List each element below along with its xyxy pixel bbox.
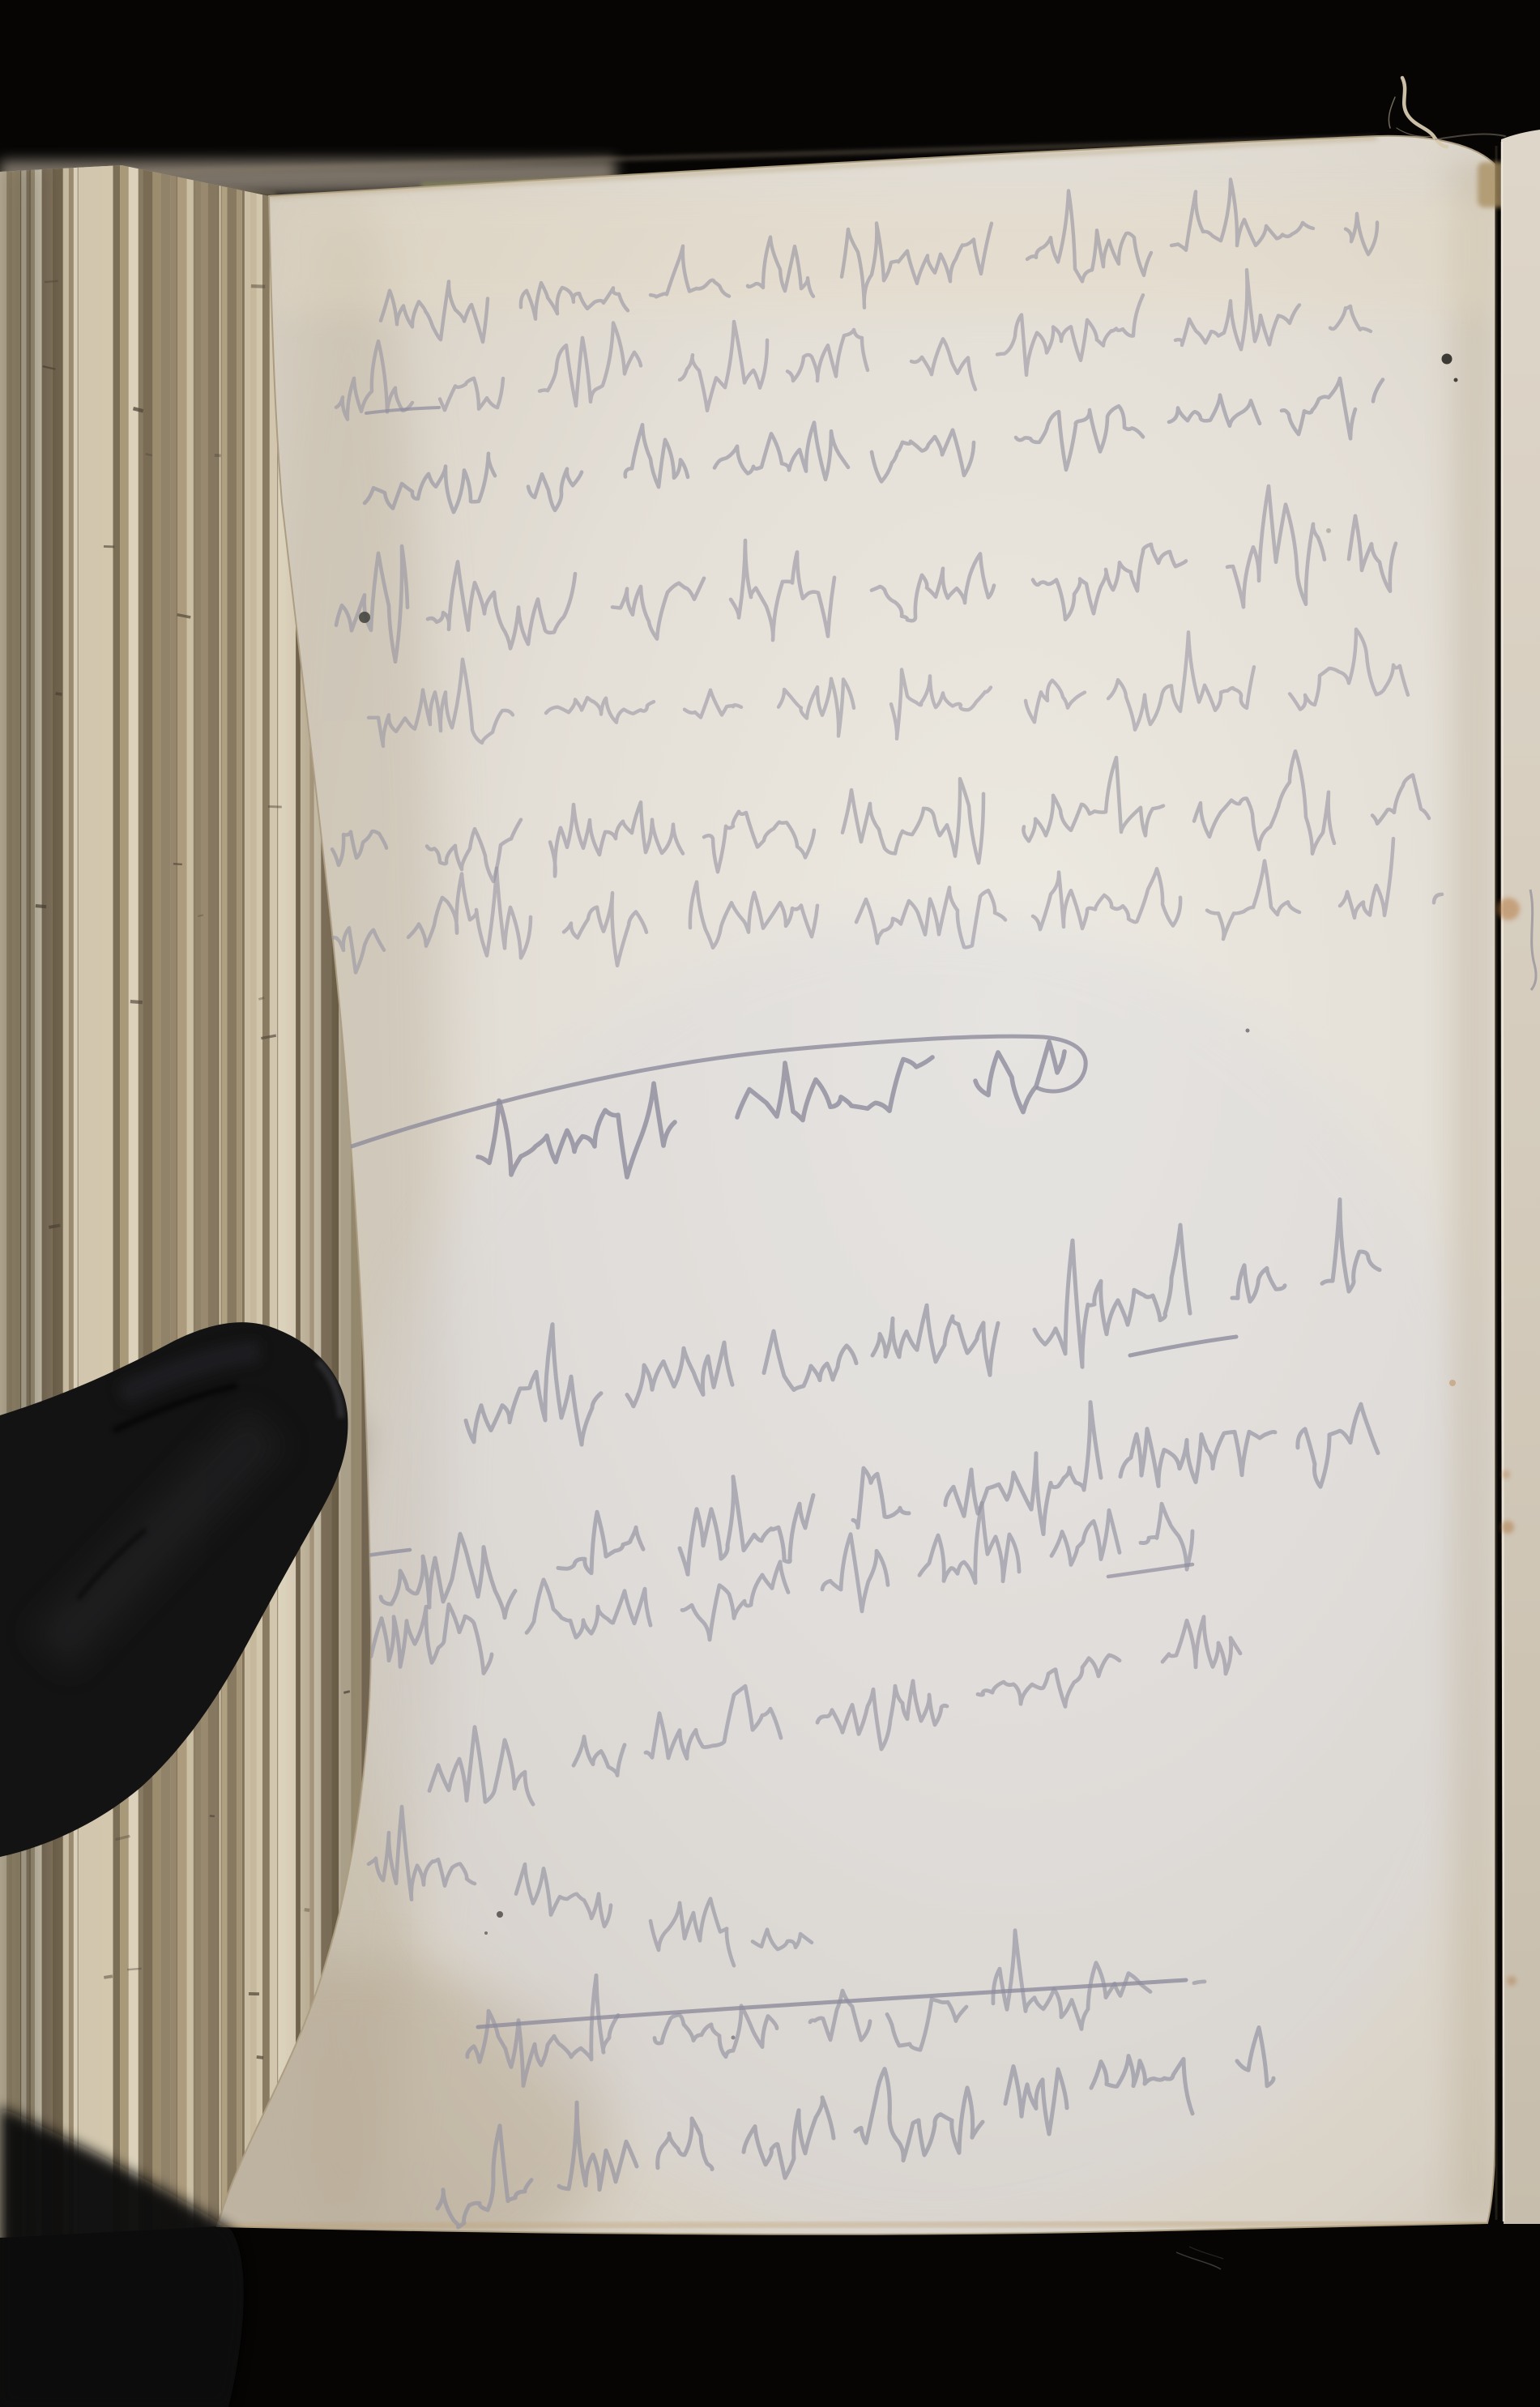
foxing-spot	[1502, 1470, 1510, 1479]
fore-edge-stripe	[222, 154, 228, 2252]
page-speck	[1246, 1029, 1250, 1033]
page-speck	[497, 1911, 503, 1918]
fore-edge-stripe	[257, 154, 262, 2252]
page-speck	[1326, 528, 1331, 533]
photo-canvas	[0, 0, 1540, 2407]
facing-page	[1501, 130, 1540, 2224]
fore-edge-stripe	[139, 154, 143, 2252]
fore-edge-stripe	[120, 154, 129, 2252]
page-speck	[484, 1931, 488, 1935]
fore-edge-stripe	[113, 154, 121, 2252]
foxing-spot	[1497, 898, 1520, 920]
fore-edge-stripe	[177, 154, 187, 2252]
fore-edge-stripe	[102, 154, 113, 2252]
fore-edge-stripe	[245, 154, 250, 2252]
fore-edge-stripe	[208, 154, 220, 2252]
fore-edge-stripe	[242, 154, 245, 2252]
fore-edge-stripe	[63, 154, 69, 2252]
fore-edge-stripe	[237, 154, 242, 2252]
foxing-spot	[1507, 1976, 1517, 1986]
fore-edge-stripe	[171, 154, 177, 2252]
fore-edge-stripe	[270, 154, 278, 2252]
page-speck	[1454, 378, 1458, 382]
fore-edge-stripe	[69, 154, 74, 2252]
fore-edge-stripe	[129, 154, 139, 2252]
page-speck	[1442, 354, 1453, 365]
fore-edge-shading	[0, 154, 45, 2252]
fore-edge-stripe	[194, 154, 202, 2252]
page-shading	[1452, 162, 1497, 2220]
fore-edge-stripe	[187, 154, 194, 2252]
fore-edge-fleck	[104, 545, 114, 548]
fore-edge-fleck	[249, 1992, 259, 1995]
fore-edge-stripe	[79, 154, 87, 2252]
fore-edge-stripe	[228, 154, 237, 2252]
fore-edge-stripe	[143, 154, 152, 2252]
fore-edge-stripe	[161, 154, 171, 2252]
foxing-spot	[1501, 1521, 1514, 1534]
foxing-spot	[1449, 1380, 1456, 1386]
page-speck	[732, 2036, 736, 2040]
fore-edge-fleck	[251, 284, 265, 288]
page-speck	[359, 612, 370, 623]
fore-edge-stripe	[250, 154, 257, 2252]
page-edge-browning	[217, 2223, 1487, 2226]
notebook-photograph	[0, 0, 1540, 2407]
fore-edge-stripe	[87, 154, 102, 2252]
fore-edge-stripe	[152, 154, 161, 2252]
fore-edge-stripe	[53, 154, 63, 2252]
fore-edge-stripe	[262, 154, 270, 2252]
page-shading	[348, 915, 1515, 2244]
fore-edge-fleck	[215, 454, 221, 457]
fore-edge-stripe	[202, 154, 208, 2252]
